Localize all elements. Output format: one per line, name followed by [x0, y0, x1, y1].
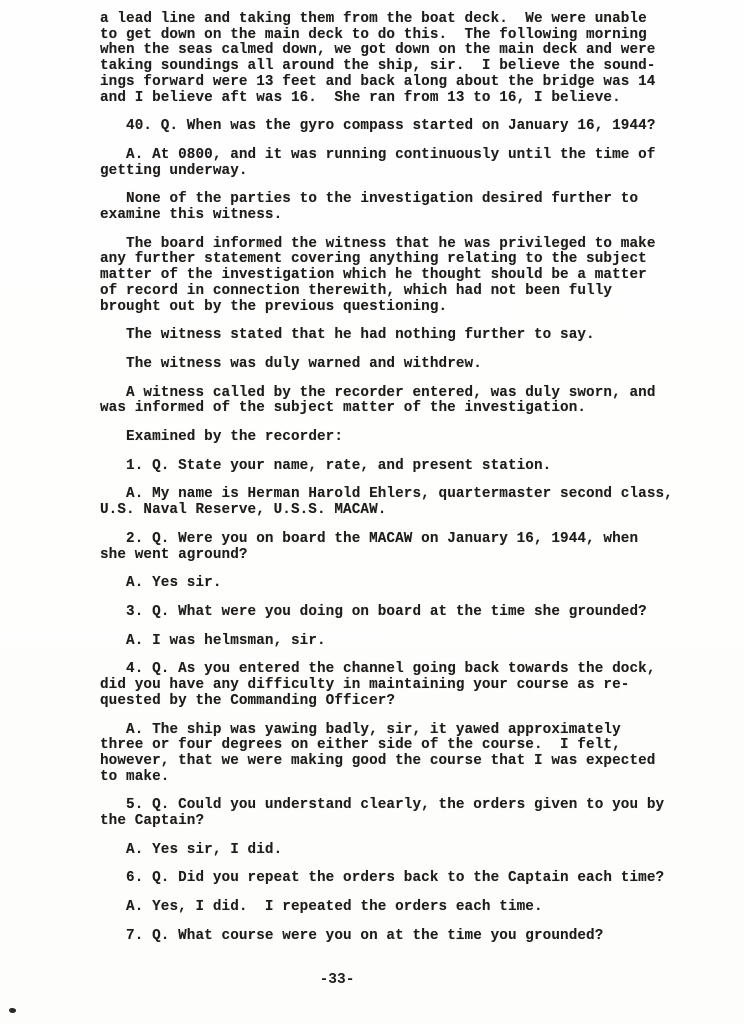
paragraph-examined-by-recorder: Examined by the recorder: — [100, 430, 708, 446]
answer-1: A. My name is Herman Harold Ehlers, quar… — [100, 487, 708, 518]
question-4: 4. Q. As you entered the channel going b… — [100, 662, 708, 709]
answer-40: A. At 0800, and it was running continuou… — [100, 148, 708, 179]
document-page: a lead line and taking them from the boa… — [0, 0, 744, 1024]
question-40: 40. Q. When was the gyro compass started… — [100, 119, 708, 135]
question-1: 1. Q. State your name, rate, and present… — [100, 459, 708, 475]
page-number-text: -33- — [320, 972, 355, 988]
answer-4: A. The ship was yawing badly, sir, it ya… — [100, 723, 708, 786]
answer-2: A. Yes sir. — [100, 576, 708, 592]
answer-3: A. I was helmsman, sir. — [100, 634, 708, 650]
page-number: -33- — [0, 972, 744, 988]
paragraph-no-further-examination: None of the parties to the investigation… — [100, 192, 708, 223]
question-6: 6. Q. Did you repeat the orders back to … — [100, 871, 708, 887]
paragraph-continuation-soundings: a lead line and taking them from the boa… — [100, 12, 708, 106]
answer-5: A. Yes sir, I did. — [100, 843, 708, 859]
paragraph-board-informed-witness: The board informed the witness that he w… — [100, 237, 708, 316]
paragraph-new-witness-sworn: A witness called by the recorder entered… — [100, 386, 708, 417]
answer-6: A. Yes, I did. I repeated the orders eac… — [100, 900, 708, 916]
paragraph-witness-nothing-further: The witness stated that he had nothing f… — [100, 328, 708, 344]
question-5: 5. Q. Could you understand clearly, the … — [100, 798, 708, 829]
question-7: 7. Q. What course were you on at the tim… — [100, 929, 708, 945]
question-3: 3. Q. What were you doing on board at th… — [100, 605, 708, 621]
paragraph-witness-warned-withdrew: The witness was duly warned and withdrew… — [100, 357, 708, 373]
question-2: 2. Q. Were you on board the MACAW on Jan… — [100, 532, 708, 563]
